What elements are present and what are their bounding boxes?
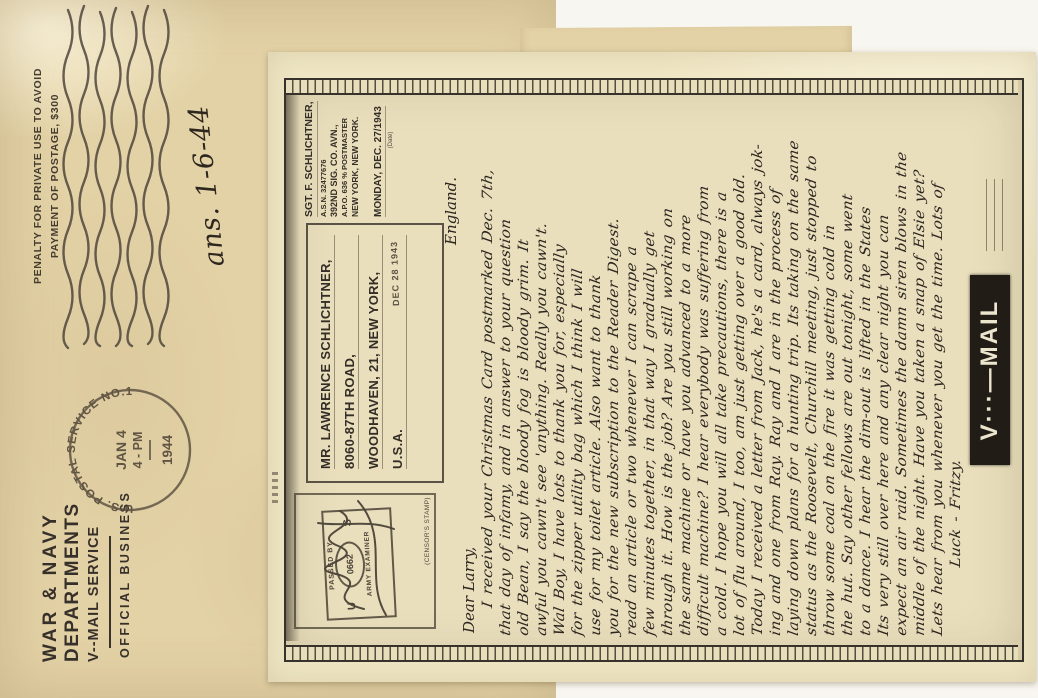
margin-marks — [272, 472, 278, 506]
scanned-vmail-document: PENALTY FOR PRIVATE USE TO AVOID PAYMENT… — [0, 0, 1038, 698]
letter-line: laying down plans for a hunting trip. It… — [785, 95, 803, 637]
dept-divider-line — [109, 536, 111, 648]
censor-stamp-box: PASSED BY U 0662 S ARMY EXAMINER (CENSOR… — [294, 493, 436, 629]
letter-line: old Bean, I say the bloody fog is bloody… — [515, 95, 533, 637]
letter-line: few minutes together, in that way I grad… — [641, 95, 659, 637]
postmark-time: 4 - PM — [131, 432, 145, 469]
stamp-number: 0662 — [344, 554, 355, 575]
penalty-notice: PENALTY FOR PRIVATE USE TO AVOID PAYMENT… — [30, 55, 64, 297]
letter-line: use for my toilet article. Also want to … — [587, 95, 605, 637]
date-form-label: (Date) — [388, 97, 396, 183]
letter-line: middle of the night. Have you taken a sn… — [911, 95, 929, 637]
vmail-logo: V···—MAIL — [970, 275, 1010, 465]
film-ruler-top — [286, 80, 1018, 95]
letter-line: I received your Christmas Card postmarke… — [479, 95, 497, 609]
army-examiner-stamp: PASSED BY U 0662 S ARMY EXAMINER — [321, 507, 397, 621]
letter-line: the same machine or have you advanced to… — [677, 95, 695, 637]
cancellation-wavy-lines-icon — [58, 4, 174, 354]
letter-date: MONDAY, DEC. 27/1943 — [372, 106, 386, 217]
vmail-letter-sheet: PASSED BY U 0662 S ARMY EXAMINER (CENSOR… — [268, 52, 1036, 682]
letter-line: for the zipper utility bag which I think… — [569, 95, 587, 637]
sender-asn: A.S.N. 32477676 — [319, 97, 329, 217]
sender-address-block: SGT. F. SCHLICHTNER, A.S.N. 32477676 392… — [298, 97, 396, 217]
letter-place: England. — [442, 177, 460, 245]
sender-city: NEW YORK, NEW YORK. — [350, 97, 361, 217]
censor-stamp-caption: (CENSOR'S STAMP) — [424, 497, 431, 565]
film-ruler-bottom — [286, 645, 1018, 660]
penalty-line-2: PAYMENT OF POSTAGE, $300 — [47, 55, 64, 297]
letter-line: Today I received a letter from Jack, he'… — [749, 95, 767, 637]
dept-line-war-navy: WAR & NAVY — [40, 387, 62, 662]
form-rule-lines — [986, 179, 1010, 251]
postmark-year: 1944 — [160, 434, 175, 465]
sender-name: SGT. F. SCHLICHTNER, — [303, 101, 318, 217]
stamp-number-oval: 0662 — [334, 540, 366, 588]
letter-line: Luck - Fritzy. — [947, 95, 965, 569]
recipient-address-box: MR. LAWRENCE SCHLICHTNER, 8060-87TH ROAD… — [306, 223, 444, 483]
letter-line: the hut. Say other fellows are out tonig… — [839, 95, 857, 637]
letter-line: read an article or two whenever I can sc… — [623, 95, 641, 637]
letter-line: that day of infamy, and in answer to you… — [497, 95, 515, 637]
recipient-city: WOODHAVEN, 21, NEW YORK, — [366, 235, 383, 469]
letter-line: to a dance. I hear the dim-out is lifted… — [857, 95, 875, 637]
letter-salutation: Dear Larry, — [460, 547, 478, 633]
letter-line: ing and one from Ray. Ray and I are in t… — [767, 95, 785, 637]
penalty-line-1: PENALTY FOR PRIVATE USE TO AVOID — [30, 55, 47, 297]
letter-line: awful you cawn't see 'anything. Really y… — [533, 95, 551, 637]
letter-line: lot of flu around, I too, am just gettin… — [731, 95, 749, 637]
recipient-name: MR. LAWRENCE SCHLICHTNER, — [318, 235, 335, 469]
postmark-date: JAN 4 — [113, 430, 129, 470]
letter-line: a cold. I hope you will all take precaut… — [713, 95, 731, 637]
sender-apo: A.P.O. 636 % POSTMASTER — [340, 97, 350, 217]
photo-content: PASSED BY U 0662 S ARMY EXAMINER (CENSOR… — [286, 95, 1018, 641]
letter-line: Its very still over here and any clear n… — [875, 95, 893, 637]
sender-unit: 392ND SIG. CO. AVN., — [329, 97, 341, 217]
letter-line: expect an air raid. Sometimes the damn s… — [893, 95, 911, 637]
vmail-form-rotated: PASSED BY U 0662 S ARMY EXAMINER (CENSOR… — [286, 95, 1018, 641]
letter-line: throw some coal on the fire it was getti… — [821, 95, 839, 637]
stamp-letter-s: S — [342, 519, 354, 527]
letter-line: through it. How is the job? Are you stil… — [659, 95, 677, 637]
postmark-stamp-icon: U.S. POSTAL SERVICE NO.1 JAN 4 4 - PM 19… — [60, 380, 200, 520]
photostat-frame: PASSED BY U 0662 S ARMY EXAMINER (CENSOR… — [284, 78, 1024, 662]
letter-line: you for the new subscription to the Read… — [605, 95, 623, 637]
letter-line: Lets hear from you whenever you get the … — [929, 95, 947, 637]
letter-line: difficult machine? I hear everybody was … — [695, 95, 713, 637]
recipient-street: 8060-87TH ROAD, — [342, 235, 359, 469]
letter-line: status as the Roosevelt, Churchill meeti… — [803, 95, 821, 637]
stamp-letter-u: U — [346, 602, 358, 611]
letter-body: I received your Christmas Card postmarke… — [479, 95, 965, 637]
letter-line: Wal Boy, I have lots to thank you for, e… — [551, 95, 569, 637]
